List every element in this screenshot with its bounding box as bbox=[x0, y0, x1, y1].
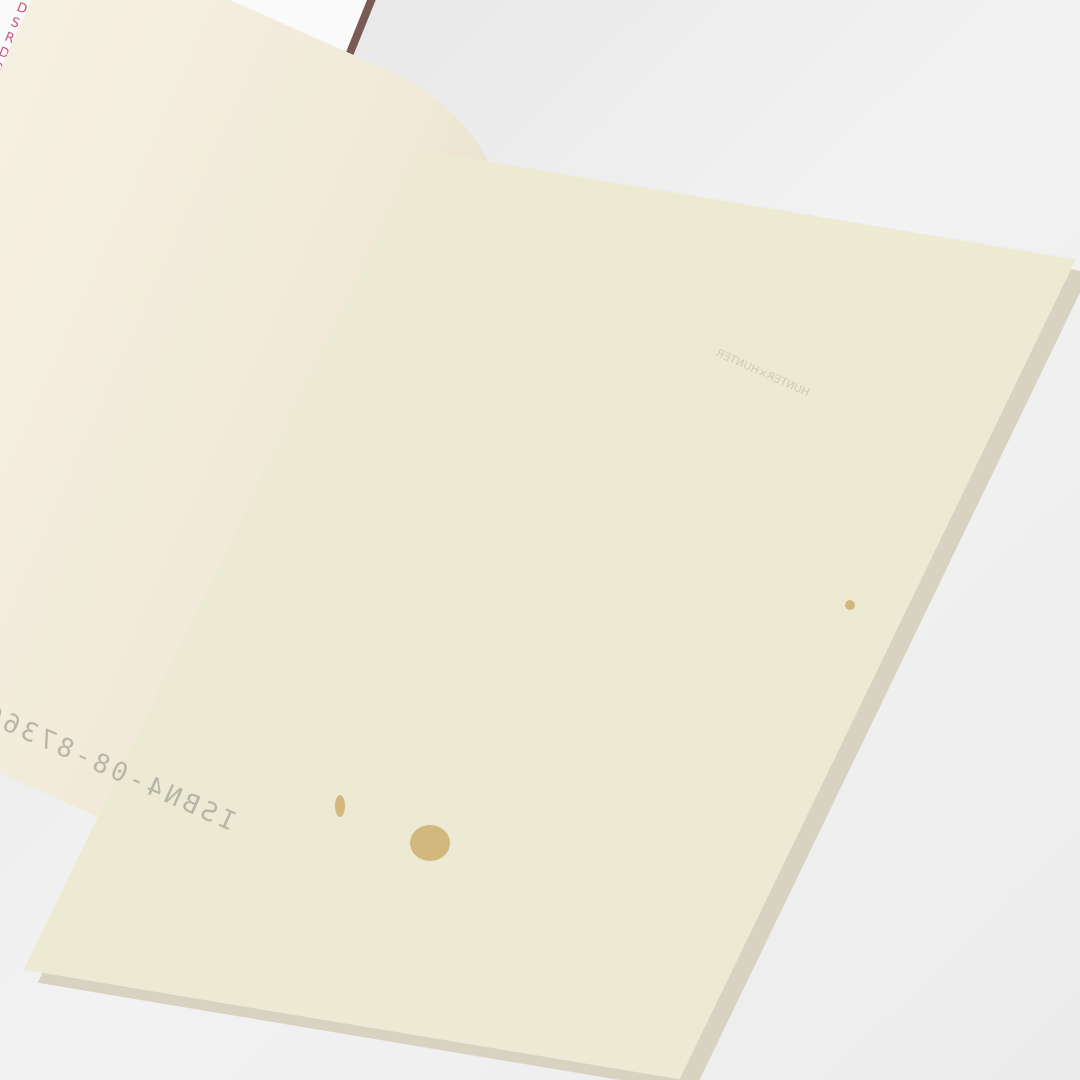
foxing-stain bbox=[410, 825, 450, 861]
foxing-stain bbox=[335, 795, 345, 817]
foxing-stain bbox=[845, 600, 855, 610]
